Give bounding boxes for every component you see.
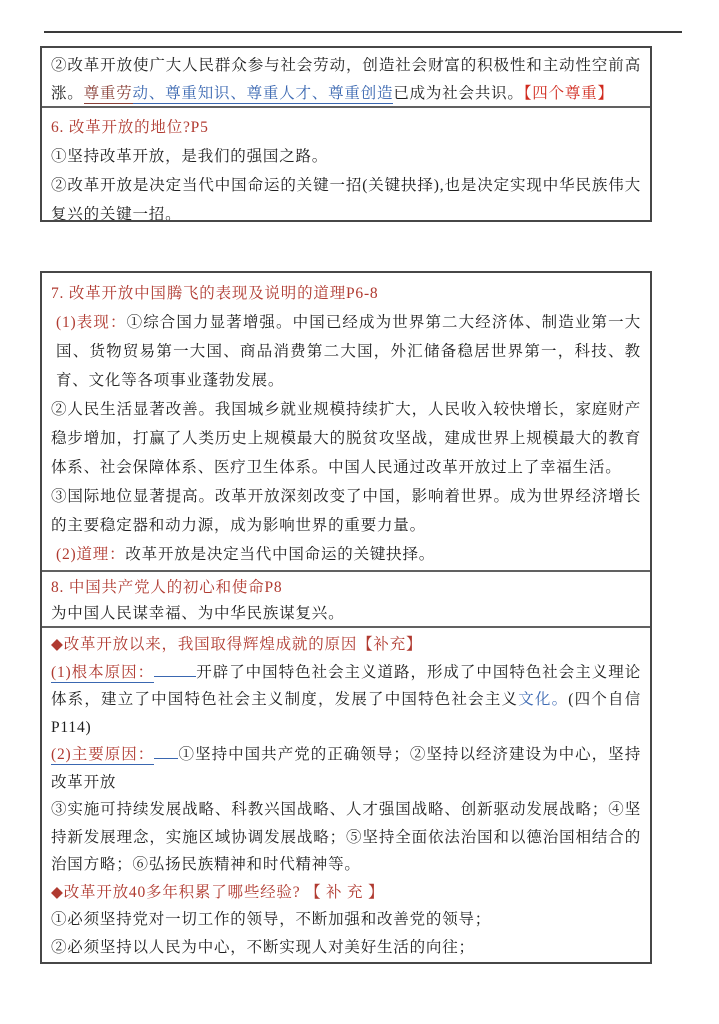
paragraph-mission: 为中国人民谋幸福、为中华民族谋复兴。 bbox=[42, 601, 650, 626]
table-row-question-8: 8. 中国共产党人的初心和使命P8 为中国人民谋幸福、为中华民族谋复兴。 bbox=[42, 570, 650, 626]
red-bracket-tag: 【四个尊重】 bbox=[524, 85, 614, 102]
table-reform-status: ②改革开放使广大人民群众参与社会劳动，创造社会财富的积极性和主动性空前高涨。尊重… bbox=[40, 46, 652, 222]
table-row-supplement: ◆改革开放以来，我国取得辉煌成就的原因【补充】 (1)根本原因：开辟了中国特色社… bbox=[42, 626, 650, 958]
body-text: 已成为社会共识。 bbox=[393, 85, 523, 102]
section-heading-7: 7. 改革开放中国腾飞的表现及说明的道理P6-8 bbox=[42, 279, 650, 308]
red-label-root-cause: (1)根本原因： bbox=[51, 664, 154, 683]
heading-experience: ◆改革开放40多年积累了哪些经验? 【 补 充 】 bbox=[42, 879, 650, 907]
table-reform-achievements: 7. 改革开放中国腾飞的表现及说明的道理P6-8 (1)表现：①综合国力显著增强… bbox=[40, 271, 652, 964]
underlined-text-blue: 动、尊重知识、尊重人才、尊重创造 bbox=[133, 85, 394, 104]
paragraph-international-status: ③国际地位显著提高。改革开放深刻改变了中国，影响着世界。成为世界经济增长的主要稳… bbox=[42, 482, 650, 540]
body-text: ①综合国力显著增强。中国已经成为世界第二大经济体、制造业第一大国、货物贸易第一大… bbox=[56, 314, 641, 389]
table-row-question-7: 7. 改革开放中国腾飞的表现及说明的道理P6-8 (1)表现：①综合国力显著增强… bbox=[42, 273, 650, 570]
point-2: ②改革开放是决定当代中国命运的关键一招(关键抉择),也是决定实现中华民族伟大复兴… bbox=[42, 171, 650, 220]
page-header-rule bbox=[44, 31, 682, 33]
paragraph-principle: (2)道理：改革开放是决定当代中国命运的关键抉择。 bbox=[42, 540, 650, 569]
paragraph-four-respects: ②改革开放使广大人民群众参与社会劳动，创造社会财富的积极性和主动性空前高涨。尊重… bbox=[42, 52, 650, 106]
experience-item-1: ①必须坚持党对一切工作的领导，不断加强和改善党的领导； bbox=[42, 906, 650, 934]
document-page: ②改革开放使广大人民群众参与社会劳动，创造社会财富的积极性和主动性空前高涨。尊重… bbox=[0, 0, 719, 1024]
paragraph-root-cause: (1)根本原因：开辟了中国特色社会主义道路，形成了中国特色社会主义理论体系，建立… bbox=[42, 659, 650, 742]
red-label-main-cause: (2)主要原因： bbox=[51, 746, 154, 765]
section-heading-8: 8. 中国共产党人的初心和使命P8 bbox=[42, 575, 650, 601]
experience-item-2: ②必须坚持以人民为中心，不断实现人对美好生活的向往； bbox=[42, 934, 650, 959]
underline-blank bbox=[154, 743, 178, 760]
red-label-principle: (2)道理： bbox=[56, 546, 125, 563]
heading-achievement-causes: ◆改革开放以来，我国取得辉煌成就的原因【补充】 bbox=[42, 631, 650, 659]
underlined-text-maroon: 尊重劳 bbox=[84, 85, 133, 104]
body-text: 改革开放是决定当代中国命运的关键抉择。 bbox=[125, 546, 435, 563]
paragraph-living-standards: ②人民生活显著改善。我国城乡就业规模持续扩大，人民收入较快增长，家庭财产稳步增加… bbox=[42, 395, 650, 482]
section-heading-6: 6. 改革开放的地位?P5 bbox=[42, 113, 650, 142]
paragraph-main-cause-continued: ③实施可持续发展战略、科教兴国战略、人才强国战略、创新驱动发展战略；④坚持新发展… bbox=[42, 796, 650, 879]
blue-text-culture: 文化。 bbox=[518, 691, 568, 708]
underline-blank bbox=[154, 660, 196, 677]
paragraph-main-cause: (2)主要原因：①坚持中国共产党的正确领导；②坚持以经济建设为中心，坚持改革开放 bbox=[42, 741, 650, 796]
red-label-performance: (1)表现： bbox=[56, 314, 127, 331]
table-row-four-respects: ②改革开放使广大人民群众参与社会劳动，创造社会财富的积极性和主动性空前高涨。尊重… bbox=[42, 48, 650, 106]
paragraph-performance: (1)表现：①综合国力显著增强。中国已经成为世界第二大经济体、制造业第一大国、货… bbox=[42, 308, 650, 395]
point-1: ①坚持改革开放，是我们的强国之路。 bbox=[42, 142, 650, 171]
table-row-question-6: 6. 改革开放的地位?P5 ①坚持改革开放，是我们的强国之路。 ②改革开放是决定… bbox=[42, 106, 650, 220]
